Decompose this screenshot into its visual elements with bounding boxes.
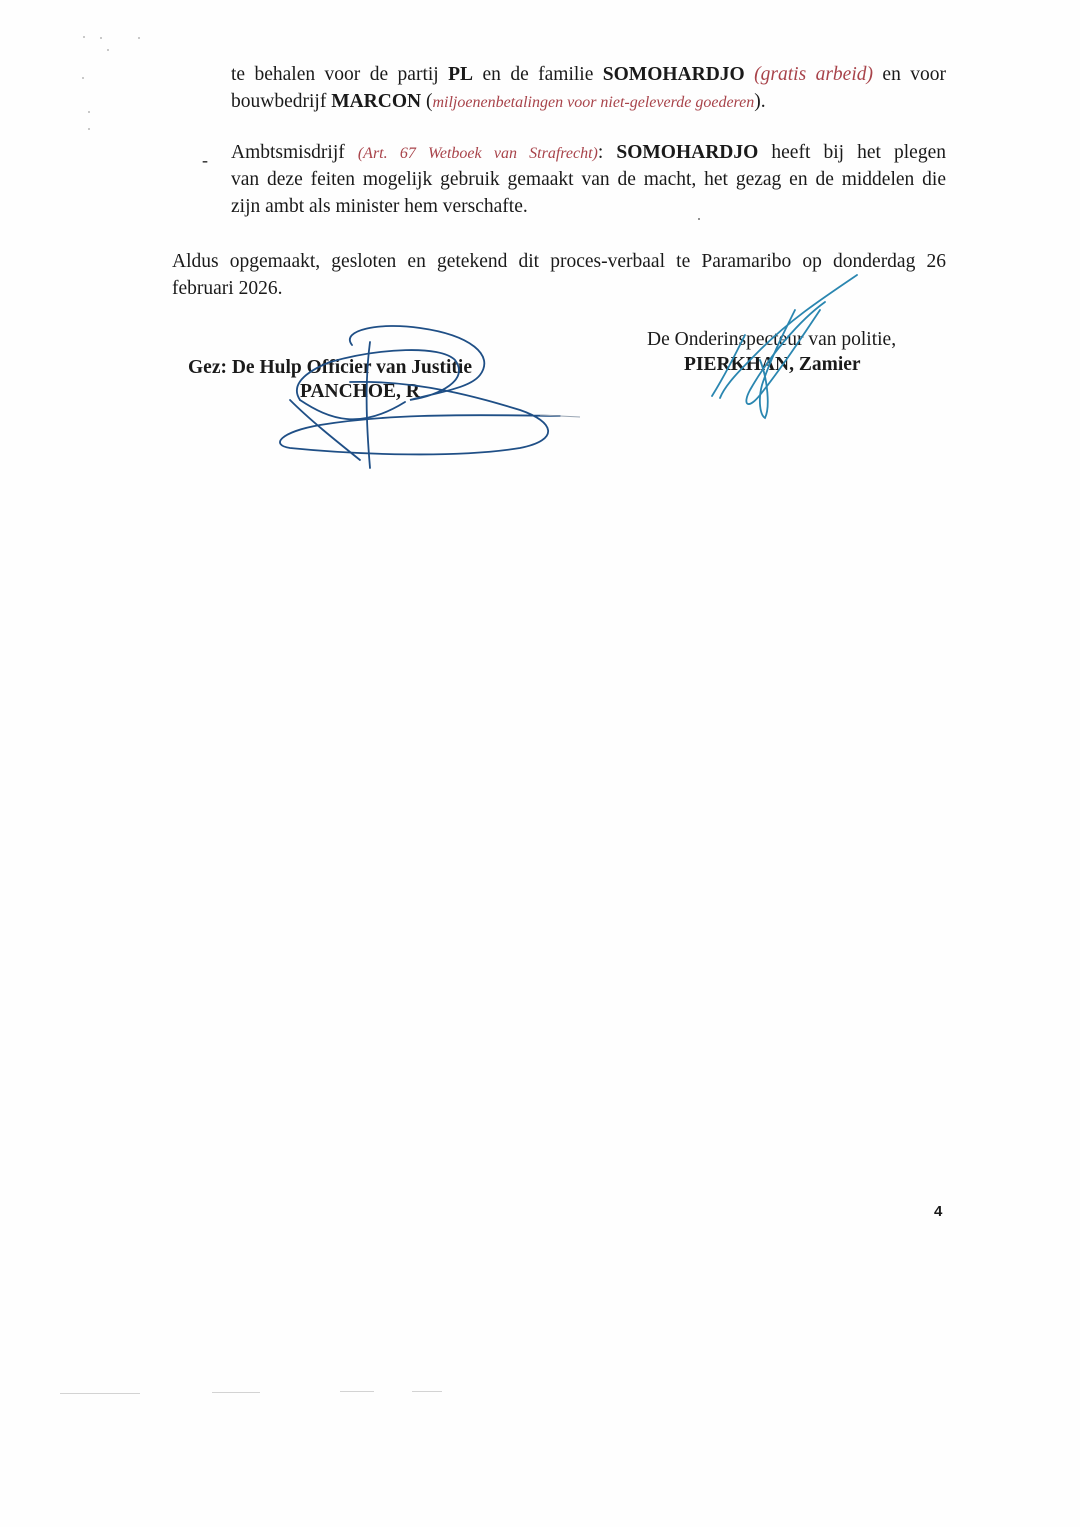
document-page: te behalen voor de partij PL en de famil… bbox=[0, 0, 1080, 1527]
right-signature-scribble bbox=[0, 0, 1080, 500]
page-number: 4 bbox=[934, 1203, 942, 1220]
scan-artifact-line bbox=[340, 1391, 374, 1392]
scan-artifact-line bbox=[212, 1392, 260, 1393]
scan-artifact-line bbox=[412, 1391, 442, 1392]
scan-artifact-line bbox=[60, 1393, 140, 1394]
